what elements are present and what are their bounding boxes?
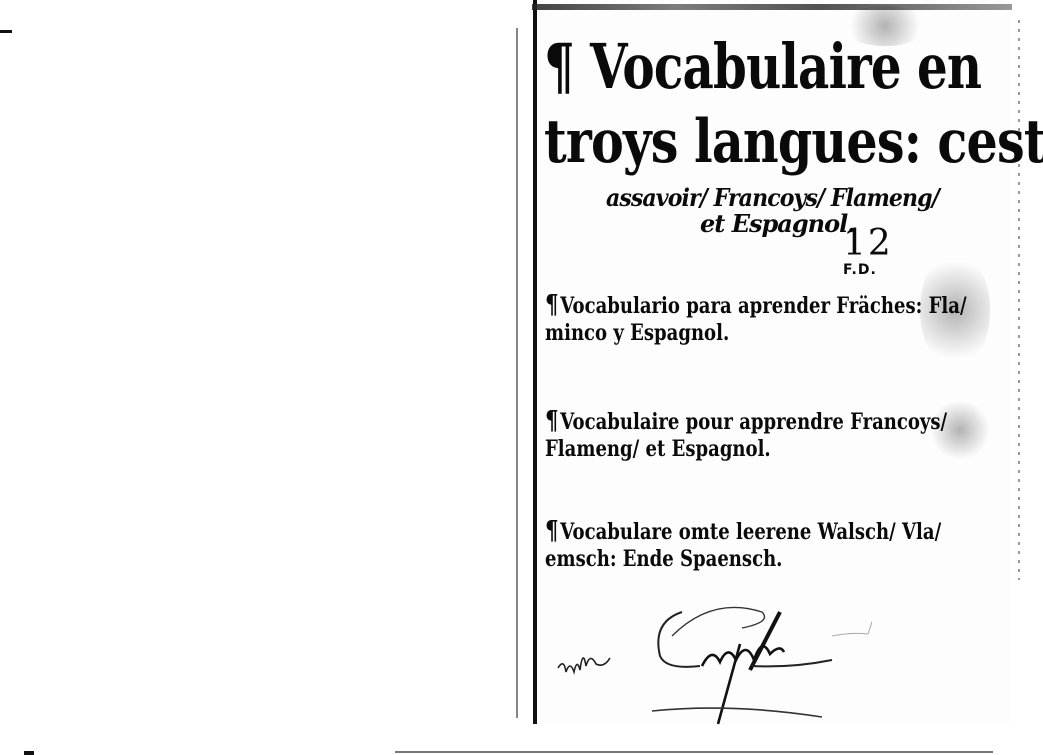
title-line-1: ¶ Vocabulaire en <box>544 36 981 98</box>
pilcrow-icon: ¶ <box>545 406 559 436</box>
subtitle-line-2: et Espagnol. <box>700 212 855 236</box>
spanish-title-line-2: minco y Espagnol. <box>545 320 729 346</box>
scan-edge-mark <box>0 30 12 33</box>
spanish-title-line-1: ¶Vocabulario para aprender Fräches: Fla/ <box>545 292 967 319</box>
french-title-line-2: Flameng/ et Espagnol. <box>545 436 771 462</box>
flemish-title-line-1: ¶Vocabulare omte leerene Walsch/ Vla/ <box>545 518 941 545</box>
library-stamp-number: 12 <box>843 226 893 262</box>
title-line-2: troys langues: cest <box>544 112 1043 172</box>
pilcrow-icon: ¶ <box>545 290 559 320</box>
scan-bottom-edge <box>395 751 993 753</box>
library-stamp-label: F.D. <box>843 262 877 278</box>
binding-shadow <box>516 28 518 718</box>
french-title-line-1: ¶Vocabulaire pour apprendre Francoys/ <box>545 408 947 435</box>
page-right-edge <box>1018 20 1020 580</box>
scan-edge-mark <box>24 751 34 755</box>
page-left-edge <box>533 0 537 724</box>
pilcrow-icon: ¶ <box>545 516 559 546</box>
page-top-edge <box>532 4 1012 10</box>
handwritten-signature <box>552 596 872 726</box>
subtitle-line-1: assavoir/ Francoys/ Flameng/ <box>606 186 939 210</box>
flemish-title-line-2: emsch: Ende Spaensch. <box>545 546 782 572</box>
